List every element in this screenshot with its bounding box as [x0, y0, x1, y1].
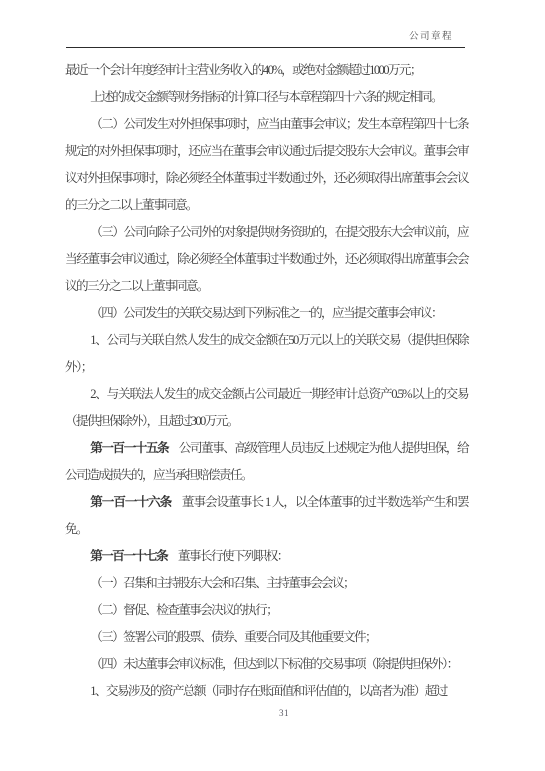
paragraph-subitem-1: 1、公司与关联自然人发生的成交金额在50万元以上的关联交易（提供担保除外）；	[65, 327, 468, 381]
paragraph-subitem-2: 2、与关联法人发生的成交金额占公司最近一期经审计总资产0.5%以上的交易（提供担…	[65, 381, 468, 435]
document-body: 最近一个会计年度经审计主营业务收入的40%，或绝对金额超过1000万元； 上述的…	[65, 57, 468, 705]
article-number-117: 第一百一十七条	[90, 549, 167, 563]
paragraph-duty-2: （二）督促、检查董事会决议的执行；	[65, 597, 468, 624]
paragraph-item-4: （四）公司发生的关联交易达到下列标准之一的，应当提交董事会审议：	[65, 300, 468, 327]
paragraph-continuation: 最近一个会计年度经审计主营业务收入的40%，或绝对金额超过1000万元；	[65, 57, 468, 84]
document-page: 公司章程 最近一个会计年度经审计主营业务收入的40%，或绝对金额超过1000万元…	[0, 0, 545, 771]
paragraph-duty-1: （一）召集和主持股东大会和召集、主持董事会会议；	[65, 570, 468, 597]
article-number-115: 第一百一十五条	[90, 441, 168, 455]
page-number: 31	[279, 708, 289, 718]
paragraph-duty-4: （四）未达董事会审议标准，但达到以下标准的交易事项（除提供担保外）：	[65, 651, 468, 678]
header-title: 公司章程	[409, 32, 465, 42]
paragraph-duty-3: （三）签署公司的股票、债券、重要合同及其他重要文件；	[65, 624, 468, 651]
paragraph-item-2: （二）公司发生对外担保事项时，应当由董事会审议；发生本章程第四十七条规定的对外担…	[65, 111, 468, 219]
article-text: 董事长行使下列职权：	[178, 549, 288, 563]
paragraph-subitem-last: 1、交易涉及的资产总额（同时存在账面值和评估值的，以高者为准）超过	[65, 678, 468, 705]
paragraph-item-3: （三）公司向除子公司外的对象提供财务资助的，在提交股东大会审议前，应当经董事会审…	[65, 219, 468, 300]
article-number-116: 第一百一十六条	[90, 495, 171, 509]
paragraph-article-117: 第一百一十七条董事长行使下列职权：	[65, 543, 468, 570]
paragraph-article-116: 第一百一十六条董事会设董事长 1 人，以全体董事的过半数选举产生和罢免。	[65, 489, 468, 543]
paragraph-article-115: 第一百一十五条公司董事、高级管理人员违反上述规定为他人提供担保，给公司造成损失的…	[65, 435, 468, 489]
page-header: 公司章程	[66, 26, 465, 48]
paragraph: 上述的成交金额等财务指标的计算口径与本章程第四十六条的规定相同。	[65, 84, 468, 111]
